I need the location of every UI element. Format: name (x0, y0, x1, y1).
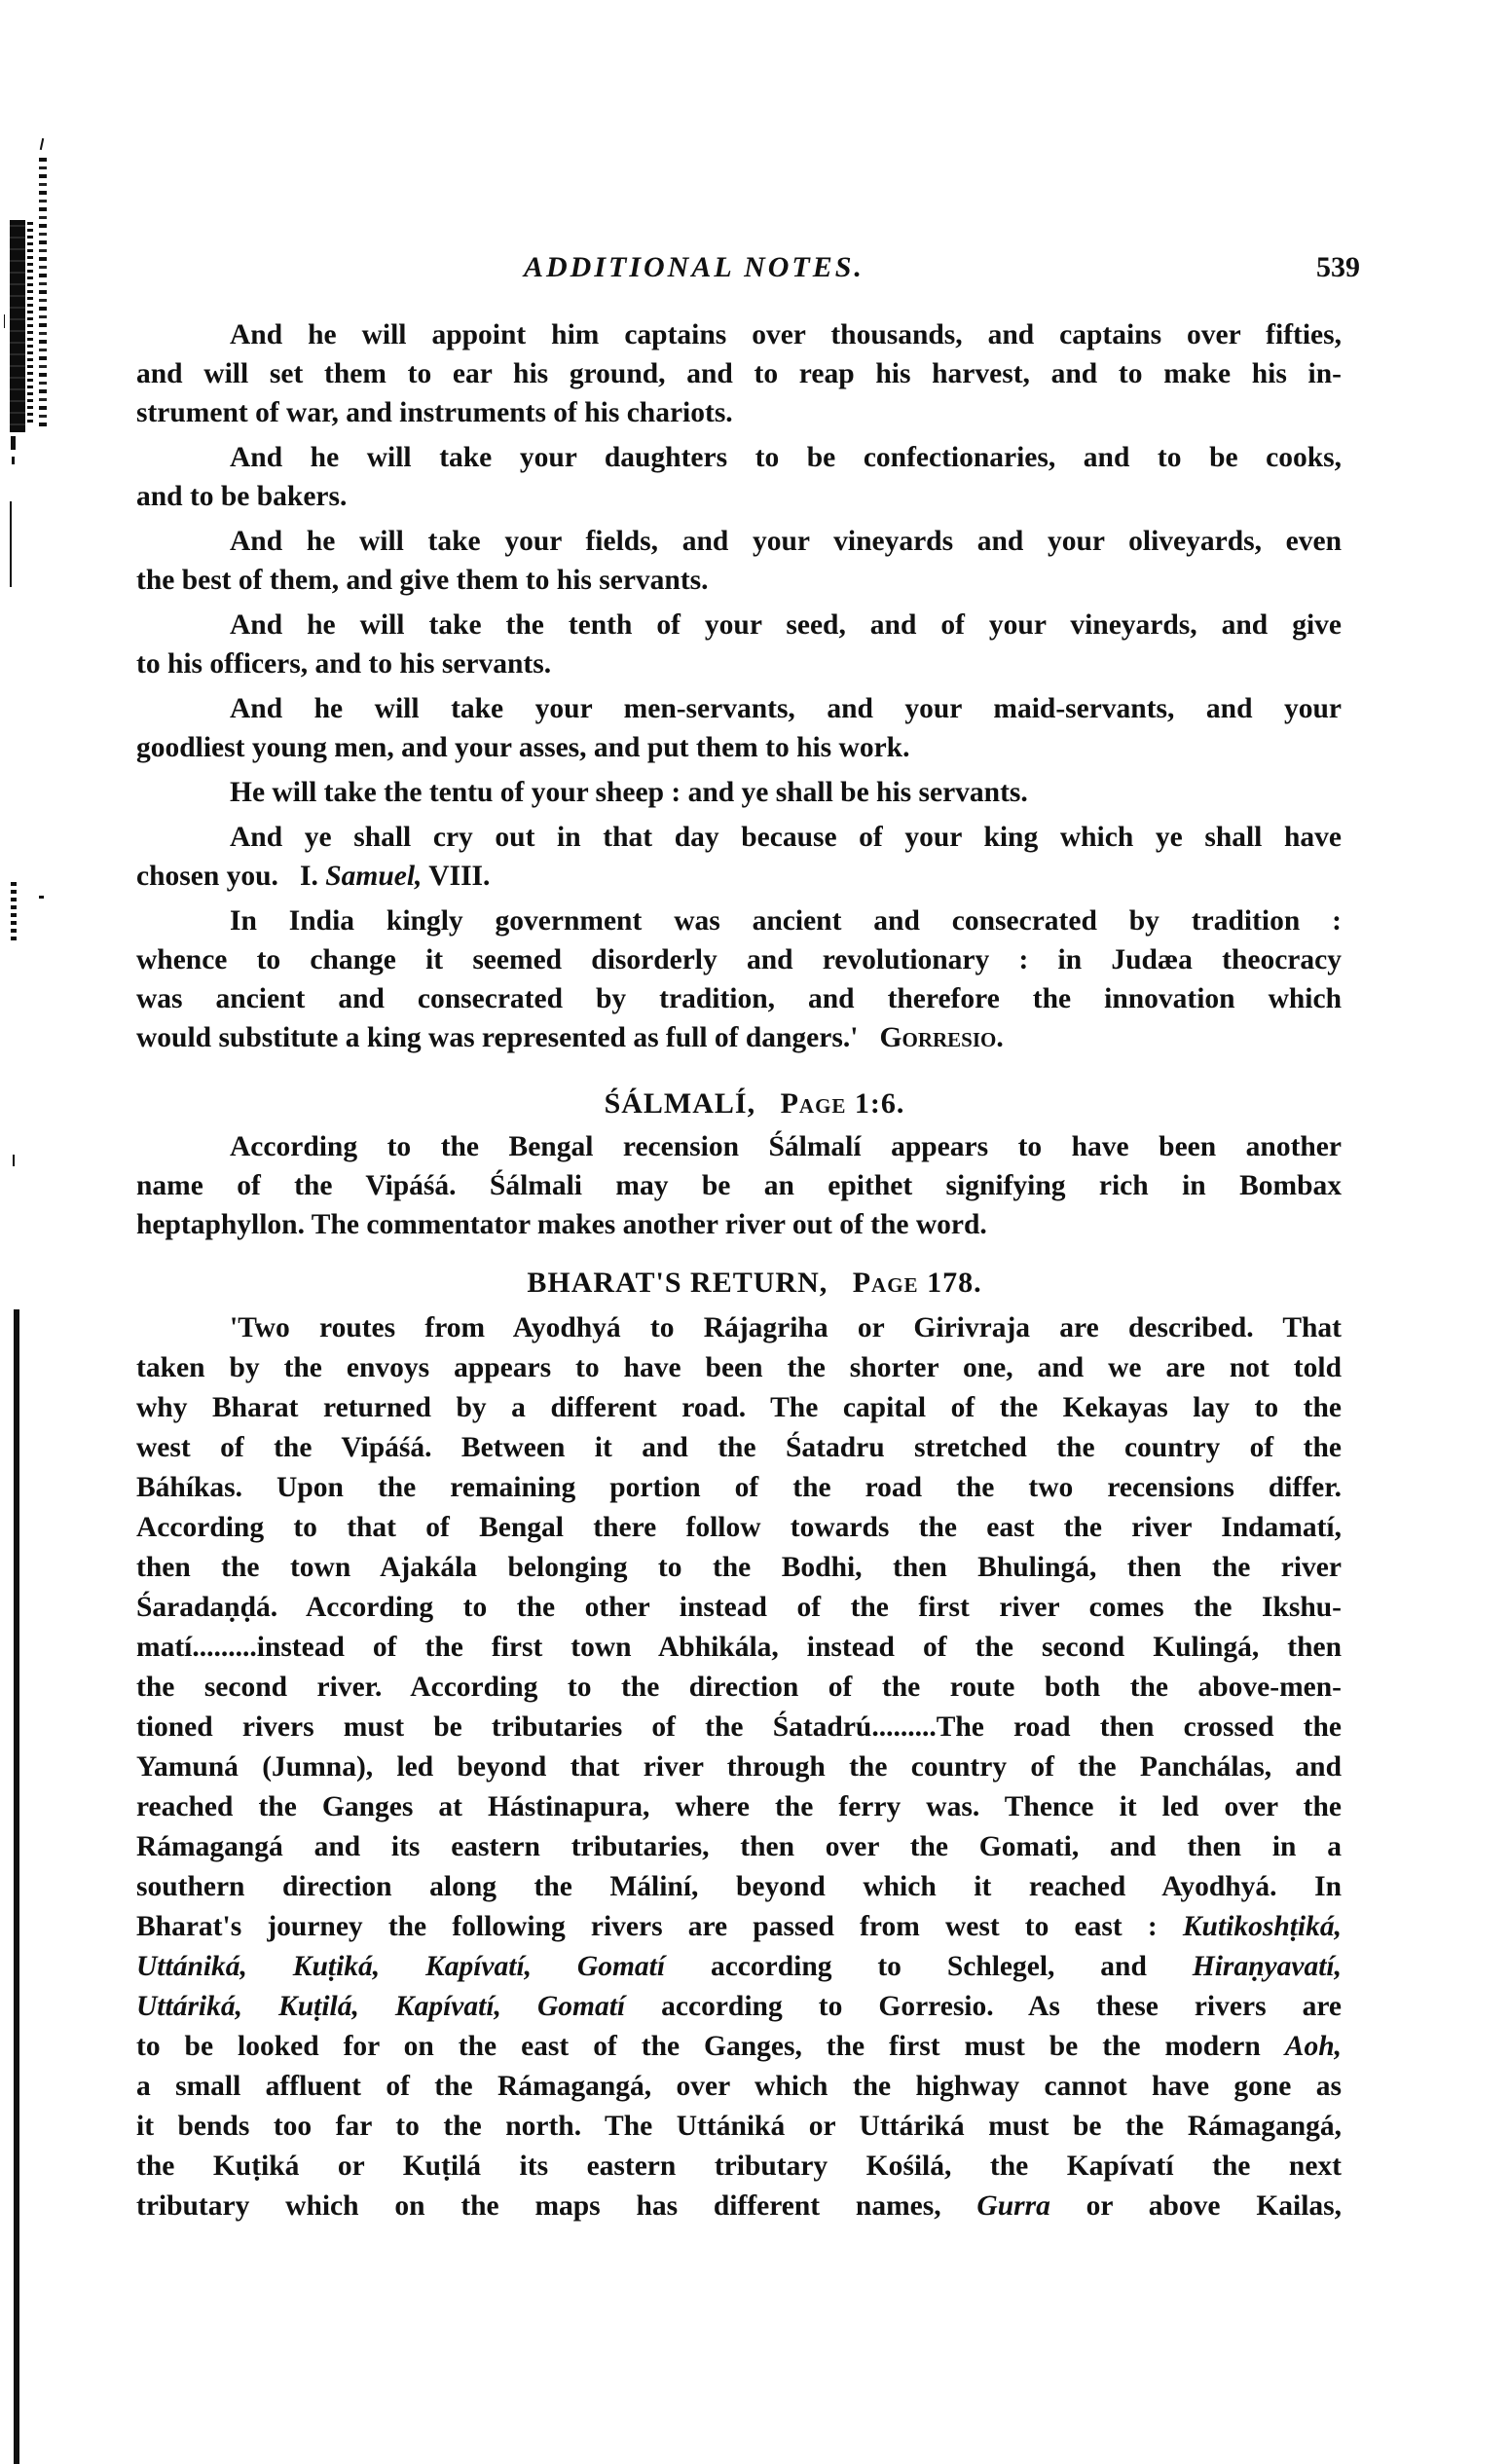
text-line: reached the Ganges at Hástinapura, where… (136, 1789, 1342, 1824)
text-line: and to be bakers. (136, 479, 1342, 514)
scan-mark (12, 457, 15, 464)
heading-name: BHARAT'S RETURN, (527, 1267, 828, 1299)
section-heading-bharat-return: BHARAT'S RETURN, Page 178. (0, 1266, 1509, 1301)
text-line: a small affluent of the Rámagangá, over … (136, 2069, 1342, 2104)
italic-river-name: Kutikoshṭiká, (1183, 1911, 1342, 1942)
text-line: Rámagangá and its eastern tributaries, t… (136, 1829, 1342, 1864)
italic-river-names: Uttáriká, Kuṭilá, Kapívatí, Gomatí (136, 1991, 625, 2022)
italic-river-name: Aoh, (1285, 2031, 1342, 2062)
text-line: west of the Vipáśá. Between it and the Ś… (136, 1430, 1342, 1465)
section-heading-salmali: ŚÁLMALÍ, Page 1:6. (0, 1086, 1509, 1122)
italic-river-name: Gurra (976, 2190, 1049, 2222)
scan-tick-mark (40, 138, 44, 150)
text-line: He will take the tentu of your sheep : a… (230, 775, 1342, 810)
text-line: heptaphyllon. The commentator makes anot… (136, 1207, 1342, 1242)
text-segment: Bharat's journey the following rivers ar… (136, 1911, 1158, 1942)
text-segment: tributary which on the maps has differen… (136, 2190, 941, 2222)
text-line-aoh: to be looked for on the east of the Gang… (136, 2029, 1342, 2064)
scan-edge-line (10, 501, 12, 587)
text-line: would substitute a king was represented … (136, 1020, 1342, 1055)
text-line: And he will take the tenth of your seed,… (230, 607, 1342, 643)
scan-dot (39, 896, 44, 899)
text-line: tioned rivers must be tributaries of the… (136, 1710, 1342, 1745)
text-line: And he will take your daughters to be co… (230, 440, 1342, 475)
text-line-rivers-2: Uttániká, Kuṭiká, Kapívatí, Gomatí accor… (136, 1949, 1342, 1984)
citation-book-number: I. (300, 861, 318, 892)
text-line: According to the Bengal recension Śálmal… (230, 1129, 1342, 1164)
text-line: strument of war, and instruments of his … (136, 395, 1342, 430)
text-line: Báhíkas. Upon the remaining portion of t… (136, 1470, 1342, 1505)
text-line: Śaradaṇḍá. According to the other instea… (136, 1590, 1342, 1625)
text-line-rivers-1: Bharat's journey the following rivers ar… (136, 1909, 1342, 1944)
text-line: name of the Vipáśá. Śálmali may be an ep… (136, 1168, 1342, 1203)
citation-text: chosen you. (136, 861, 278, 892)
text-line: whence to change it seemed disorderly an… (136, 942, 1342, 977)
quote-last-line: would substitute a king was represented … (136, 1022, 858, 1053)
running-head: ADDITIONAL NOTES. 539 (0, 251, 1509, 290)
scan-tick-mark (13, 1155, 15, 1166)
text-line-final: tributary which on the maps has differen… (136, 2188, 1342, 2224)
text-line: the second river. According to the direc… (136, 1670, 1342, 1705)
heading-page-ref: Page 178. (853, 1267, 982, 1299)
text-line: According to that of Bengal there follow… (136, 1510, 1342, 1545)
text-line-rivers-3: Uttáriká, Kuṭilá, Kapívatí, Gomatí accor… (136, 1989, 1342, 2024)
text-line: was ancient and consecrated by tradition… (136, 981, 1342, 1016)
running-head-title: ADDITIONAL NOTES. (524, 251, 865, 284)
text-line: And ye shall cry out in that day because… (230, 820, 1342, 855)
italic-river-names: Uttániká, Kuṭiká, Kapívatí, Gomatí (136, 1951, 665, 1982)
text-line: why Bharat returned by a different road.… (136, 1390, 1342, 1425)
text-line: 'Two routes from Ayodhyá to Rájagriha or… (230, 1310, 1342, 1345)
citation-book-title: Samuel, (325, 861, 422, 892)
text-line: it bends too far to the north. The Uttán… (136, 2109, 1342, 2144)
scan-mark (11, 436, 16, 450)
page-edge-speckles-lower (11, 882, 17, 940)
citation-chapter: VIII. (428, 861, 490, 892)
text-line: the Kuṭiká or Kuṭilá its eastern tributa… (136, 2149, 1342, 2184)
text-line: to his officers, and to his servants. (136, 646, 1342, 681)
text-line: In India kingly government was ancient a… (230, 903, 1342, 938)
text-segment: according to Schlegel, and (711, 1951, 1147, 1982)
text-line: then the town Ajakála belonging to the B… (136, 1550, 1342, 1585)
text-line: matí.........instead of the first town A… (136, 1630, 1342, 1665)
text-segment: according to Gorresio. As these rivers a… (661, 1991, 1342, 2022)
text-line: Yamuná (Jumna), led beyond that river th… (136, 1749, 1342, 1784)
page-edge-strip-bottom (14, 1309, 19, 2464)
text-line: And he will appoint him captains over th… (230, 317, 1342, 352)
citation-line: chosen you. I. Samuel, VIII. (136, 859, 1342, 894)
text-line: the best of them, and give them to his s… (136, 563, 1342, 598)
page-edge-speckles (39, 158, 47, 430)
heading-name: ŚÁLMALÍ, (605, 1087, 756, 1120)
attribution: Gorresio. (880, 1022, 1004, 1053)
text-line: goodliest young men, and your asses, and… (136, 730, 1342, 765)
text-line: and will set them to ear his ground, and… (136, 356, 1342, 391)
scan-edge-line-small (4, 314, 5, 328)
page-number: 539 (1316, 251, 1360, 284)
scanned-book-page: ADDITIONAL NOTES. 539 And he will appoin… (0, 0, 1509, 2464)
text-line: southern direction along the Máliní, bey… (136, 1869, 1342, 1904)
italic-river-name: Hiraṇyavatí, (1193, 1951, 1342, 1982)
text-segment: to be looked for on the east of the Gang… (136, 2031, 1261, 2062)
heading-page-ref: Page 1:6. (781, 1087, 905, 1120)
text-line: taken by the envoys appears to have been… (136, 1350, 1342, 1385)
text-line: And he will take your fields, and your v… (230, 524, 1342, 559)
text-line: And he will take your men-servants, and … (230, 691, 1342, 726)
text-segment: or above Kailas, (1086, 2190, 1342, 2222)
